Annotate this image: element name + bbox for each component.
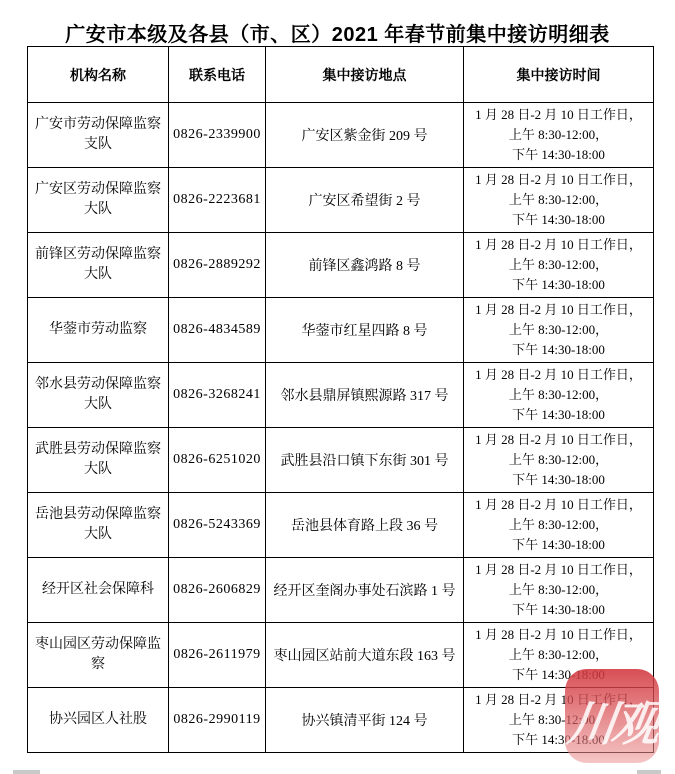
phone-cell: 0826-2990119 <box>169 688 266 753</box>
org-cell: 前锋区劳动保障监察大队 <box>28 233 169 298</box>
table-row: 枣山园区劳动保障监察 0826-2611979 枣山园区站前大道东段 163 号… <box>28 623 654 688</box>
time-line-1: 1 月 28 日-2 月 10 日工作日， <box>466 170 651 190</box>
cropped-gray-sliver-right <box>637 770 661 774</box>
table-row: 华蓥市劳动监察 0826-4834589 华蓥市红星四路 8 号 1 月 28 … <box>28 298 654 363</box>
time-line-2: 上午 8:30-12:00， <box>466 320 651 340</box>
table-row: 协兴园区人社股 0826-2990119 协兴镇清平街 124 号 1 月 28… <box>28 688 654 753</box>
time-line-1: 1 月 28 日-2 月 10 日工作日， <box>466 495 651 515</box>
time-cell: 1 月 28 日-2 月 10 日工作日， 上午 8:30-12:00， 下午 … <box>464 233 654 298</box>
col-header-org: 机构名称 <box>28 47 169 103</box>
time-line-2: 上午 8:30-12:00， <box>466 645 651 665</box>
time-line-3: 下午 14:30-18:00 <box>466 145 651 165</box>
time-line-2: 上午 8:30-12:00， <box>466 710 651 730</box>
table-row: 邻水县劳动保障监察大队 0826-3268241 邻水县鼎屏镇熙源路 317 号… <box>28 363 654 428</box>
time-cell: 1 月 28 日-2 月 10 日工作日， 上午 8:30-12:00， 下午 … <box>464 688 654 753</box>
cropped-gray-sliver-left <box>13 770 40 774</box>
time-cell: 1 月 28 日-2 月 10 日工作日， 上午 8:30-12:00， 下午 … <box>464 493 654 558</box>
table-row: 经开区社会保障科 0826-2606829 经开区奎阁办事处石滨路 1 号 1 … <box>28 558 654 623</box>
time-line-3: 下午 14:30-18:00 <box>466 730 651 750</box>
org-cell: 广安市劳动保障监察支队 <box>28 103 169 168</box>
address-cell: 广安区紫金街 209 号 <box>266 103 464 168</box>
address-cell: 广安区希望街 2 号 <box>266 168 464 233</box>
address-cell: 邻水县鼎屏镇熙源路 317 号 <box>266 363 464 428</box>
address-cell: 华蓥市红星四路 8 号 <box>266 298 464 363</box>
address-cell: 经开区奎阁办事处石滨路 1 号 <box>266 558 464 623</box>
time-line-3: 下午 14:30-18:00 <box>466 665 651 685</box>
phone-cell: 0826-2889292 <box>169 233 266 298</box>
table-row: 武胜县劳动保障监察大队 0826-6251020 武胜县沿口镇下东街 301 号… <box>28 428 654 493</box>
time-cell: 1 月 28 日-2 月 10 日工作日， 上午 8:30-12:00， 下午 … <box>464 363 654 428</box>
time-cell: 1 月 28 日-2 月 10 日工作日， 上午 8:30-12:00， 下午 … <box>464 103 654 168</box>
time-line-1: 1 月 28 日-2 月 10 日工作日， <box>466 560 651 580</box>
address-cell: 武胜县沿口镇下东街 301 号 <box>266 428 464 493</box>
time-line-2: 上午 8:30-12:00， <box>466 190 651 210</box>
time-line-1: 1 月 28 日-2 月 10 日工作日， <box>466 105 651 125</box>
phone-cell: 0826-2606829 <box>169 558 266 623</box>
phone-cell: 0826-4834589 <box>169 298 266 363</box>
table-row: 岳池县劳动保障监察大队 0826-5243369 岳池县体育路上段 36 号 1… <box>28 493 654 558</box>
time-line-3: 下午 14:30-18:00 <box>466 275 651 295</box>
time-line-1: 1 月 28 日-2 月 10 日工作日， <box>466 690 651 710</box>
time-cell: 1 月 28 日-2 月 10 日工作日， 上午 8:30-12:00， 下午 … <box>464 558 654 623</box>
phone-cell: 0826-3268241 <box>169 363 266 428</box>
phone-cell: 0826-6251020 <box>169 428 266 493</box>
time-line-2: 上午 8:30-12:00， <box>466 450 651 470</box>
time-cell: 1 月 28 日-2 月 10 日工作日， 上午 8:30-12:00， 下午 … <box>464 428 654 493</box>
time-line-3: 下午 14:30-18:00 <box>466 210 651 230</box>
time-line-3: 下午 14:30-18:00 <box>466 340 651 360</box>
time-cell: 1 月 28 日-2 月 10 日工作日， 上午 8:30-12:00， 下午 … <box>464 298 654 363</box>
time-line-1: 1 月 28 日-2 月 10 日工作日， <box>466 365 651 385</box>
org-cell: 广安区劳动保障监察大队 <box>28 168 169 233</box>
page: 广安市本级及各县（市、区）2021 年春节前集中接访明细表 机构名称 联系电话 … <box>0 0 675 774</box>
phone-cell: 0826-2339900 <box>169 103 266 168</box>
col-header-phone: 联系电话 <box>169 47 266 103</box>
address-cell: 岳池县体育路上段 36 号 <box>266 493 464 558</box>
phone-cell: 0826-2223681 <box>169 168 266 233</box>
time-line-1: 1 月 28 日-2 月 10 日工作日， <box>466 235 651 255</box>
org-cell: 协兴园区人社股 <box>28 688 169 753</box>
time-line-3: 下午 14:30-18:00 <box>466 470 651 490</box>
time-line-1: 1 月 28 日-2 月 10 日工作日， <box>466 625 651 645</box>
org-cell: 枣山园区劳动保障监察 <box>28 623 169 688</box>
org-cell: 华蓥市劳动监察 <box>28 298 169 363</box>
address-cell: 协兴镇清平街 124 号 <box>266 688 464 753</box>
phone-cell: 0826-5243369 <box>169 493 266 558</box>
table-row: 广安区劳动保障监察大队 0826-2223681 广安区希望街 2 号 1 月 … <box>28 168 654 233</box>
phone-cell: 0826-2611979 <box>169 623 266 688</box>
time-line-2: 上午 8:30-12:00， <box>466 125 651 145</box>
address-cell: 前锋区鑫鸿路 8 号 <box>266 233 464 298</box>
time-line-2: 上午 8:30-12:00， <box>466 580 651 600</box>
time-line-2: 上午 8:30-12:00， <box>466 515 651 535</box>
col-header-time: 集中接访时间 <box>464 47 654 103</box>
org-cell: 经开区社会保障科 <box>28 558 169 623</box>
time-line-2: 上午 8:30-12:00， <box>466 255 651 275</box>
page-title: 广安市本级及各县（市、区）2021 年春节前集中接访明细表 <box>0 18 675 47</box>
time-line-3: 下午 14:30-18:00 <box>466 535 651 555</box>
time-cell: 1 月 28 日-2 月 10 日工作日， 上午 8:30-12:00， 下午 … <box>464 168 654 233</box>
header-row: 机构名称 联系电话 集中接访地点 集中接访时间 <box>28 47 654 103</box>
petition-schedule-table: 机构名称 联系电话 集中接访地点 集中接访时间 广安市劳动保障监察支队 0826… <box>27 46 654 753</box>
org-cell: 岳池县劳动保障监察大队 <box>28 493 169 558</box>
org-cell: 武胜县劳动保障监察大队 <box>28 428 169 493</box>
col-header-address: 集中接访地点 <box>266 47 464 103</box>
address-cell: 枣山园区站前大道东段 163 号 <box>266 623 464 688</box>
time-line-2: 上午 8:30-12:00， <box>466 385 651 405</box>
table-row: 广安市劳动保障监察支队 0826-2339900 广安区紫金街 209 号 1 … <box>28 103 654 168</box>
time-line-3: 下午 14:30-18:00 <box>466 600 651 620</box>
table-row: 前锋区劳动保障监察大队 0826-2889292 前锋区鑫鸿路 8 号 1 月 … <box>28 233 654 298</box>
org-cell: 邻水县劳动保障监察大队 <box>28 363 169 428</box>
time-line-1: 1 月 28 日-2 月 10 日工作日， <box>466 300 651 320</box>
time-cell: 1 月 28 日-2 月 10 日工作日， 上午 8:30-12:00， 下午 … <box>464 623 654 688</box>
time-line-3: 下午 14:30-18:00 <box>466 405 651 425</box>
table-body: 广安市劳动保障监察支队 0826-2339900 广安区紫金街 209 号 1 … <box>28 103 654 753</box>
time-line-1: 1 月 28 日-2 月 10 日工作日， <box>466 430 651 450</box>
